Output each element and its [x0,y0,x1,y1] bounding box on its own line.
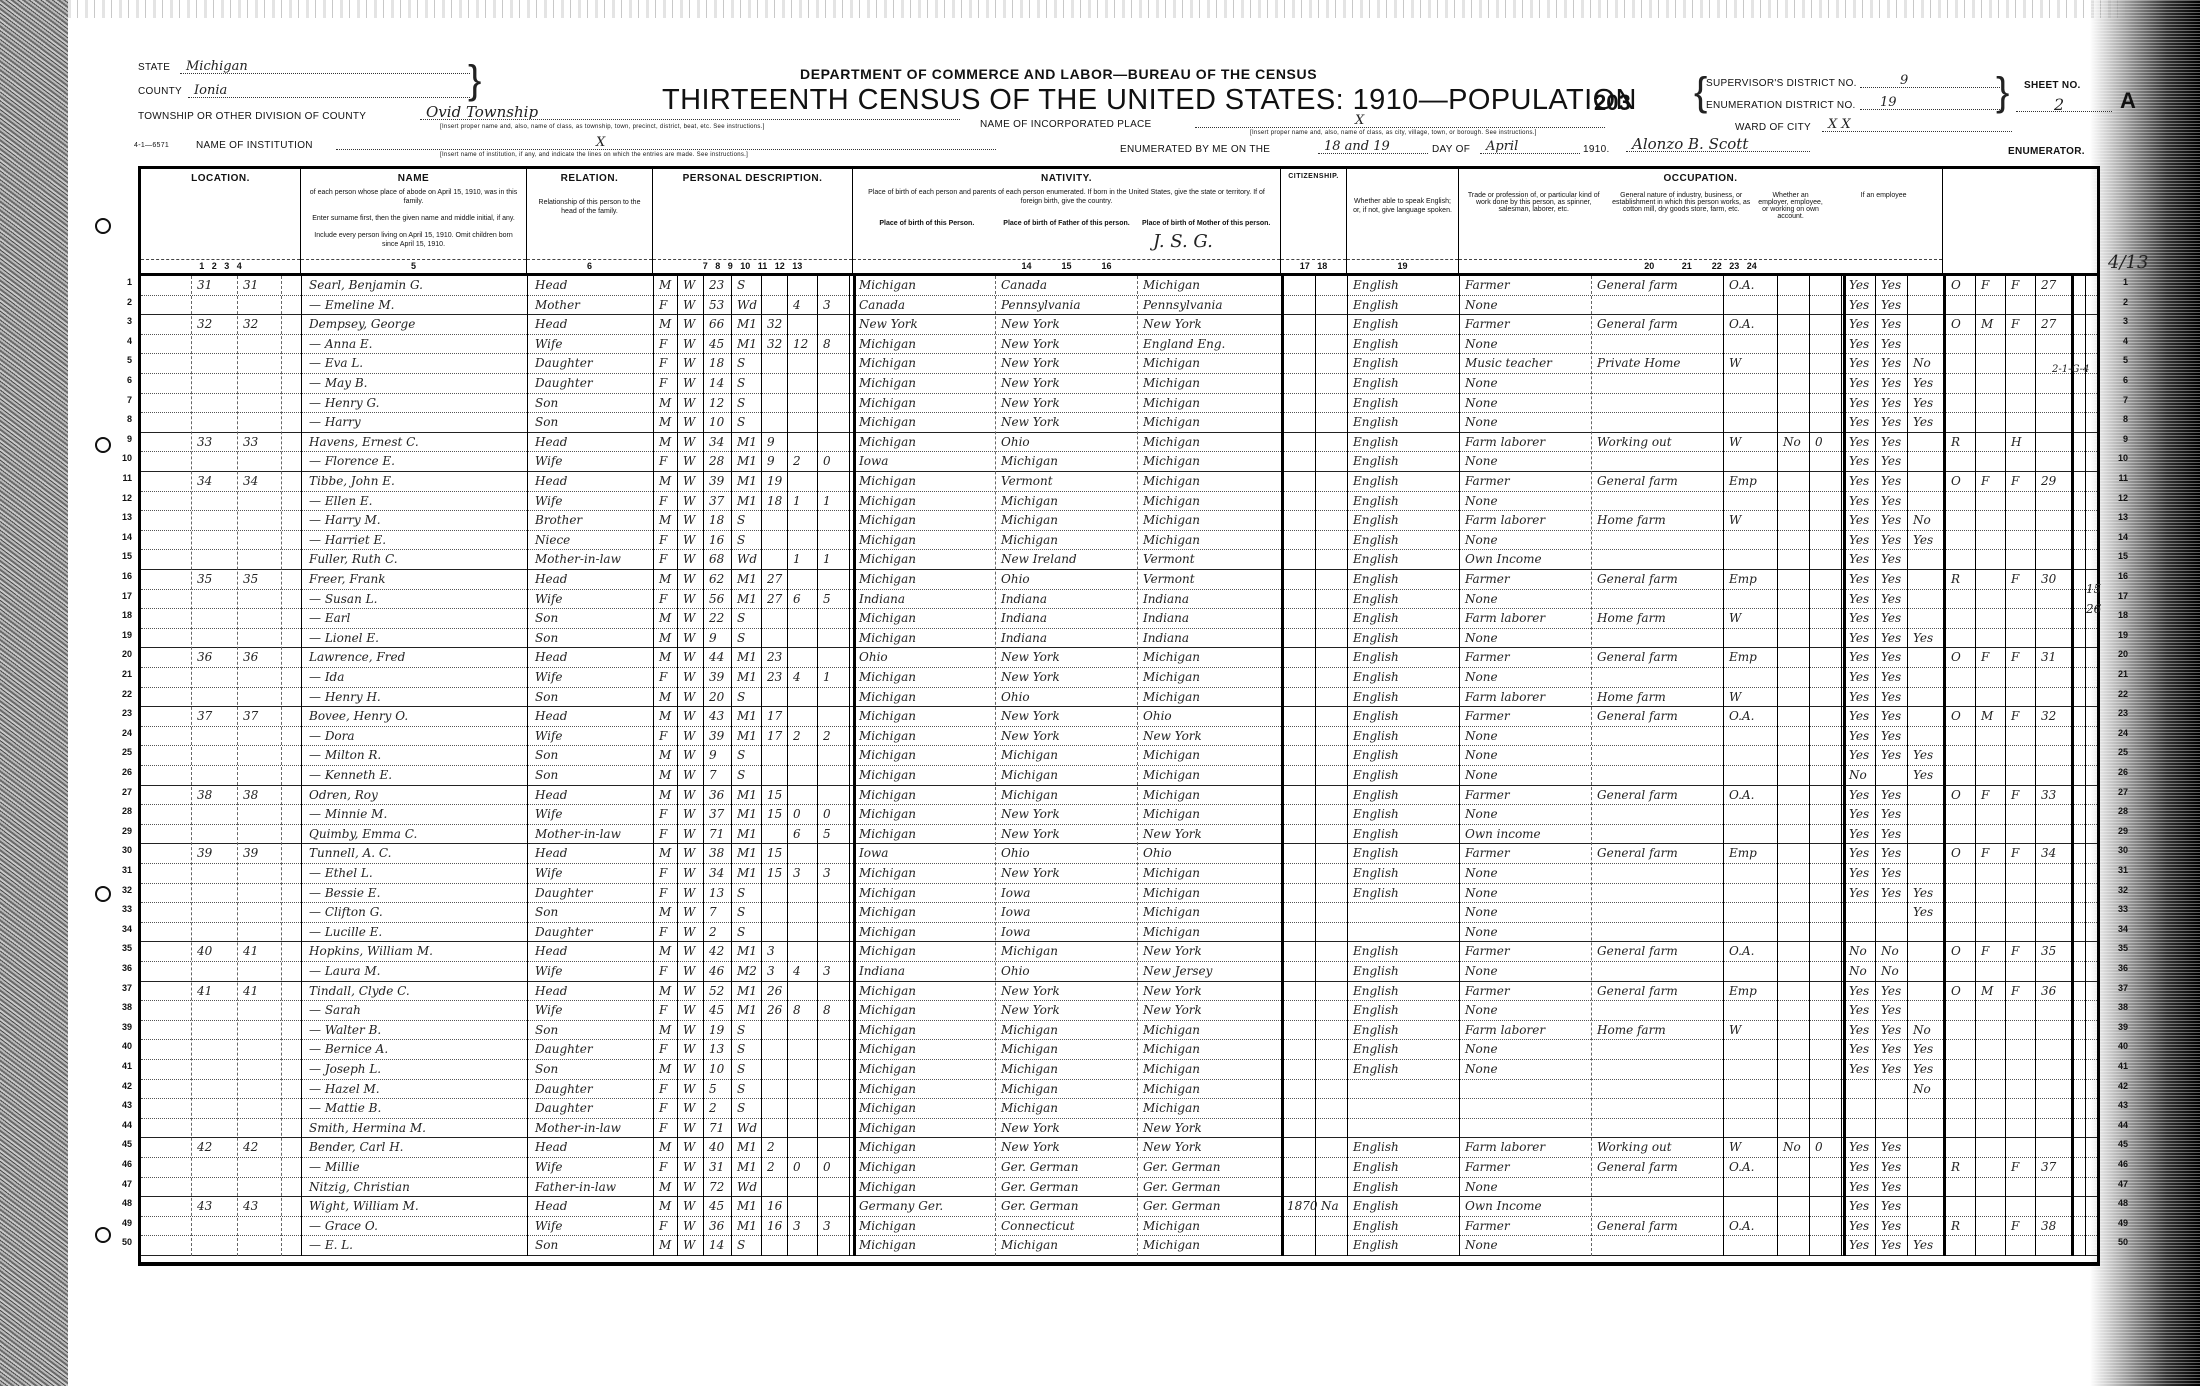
cell-weeks [1811,1158,1841,1177]
cell-school: Yes [1909,413,1941,432]
line-number: 19 [2104,630,2128,640]
cell-free [1977,962,2007,981]
cell-born [789,609,819,628]
cell-years [763,1119,789,1138]
cell-weeks [1811,1001,1841,1020]
cell-living [819,433,849,452]
cell-immig [1283,1080,1317,1099]
cell-trade: Farm laborer [1461,1138,1591,1157]
cell-father: New York [997,1138,1137,1157]
cell-living [819,903,849,922]
enumeration-district-value: 19 [1860,96,2000,110]
table-row: 3737Bovee, Henry O.HeadMW43M117MichiganN… [141,707,2097,727]
cell-weeks [1811,276,1841,295]
cell-dwelling [193,1099,233,1118]
cell-marital: M1 [733,825,763,844]
cell-living [819,472,849,491]
cell-industry: General farm [1593,276,1723,295]
cell-out [1779,296,1811,315]
table-row: — Eva L.DaughterFW18SMichiganNew YorkMic… [141,354,2097,374]
sheet-value: 2 [2016,98,2112,112]
sheet-label: Sheet No. [2024,80,2081,91]
cell-family [239,668,279,687]
cell-lang: English [1349,335,1459,354]
cell-weeks [1811,1178,1841,1197]
cell-dwelling [193,609,233,628]
cell-born [789,648,819,667]
cell-born [789,923,819,942]
cell-dwelling [193,374,233,393]
table-row: — Clifton G.SonMW7SMichiganIowaMichiganN… [141,903,2097,923]
cell-born [789,844,819,863]
cell-free [1977,903,2007,922]
cell-emp [1725,550,1777,569]
cell-nat [1317,1119,1347,1138]
cell-nat [1317,942,1347,961]
line-number: 16 [108,571,132,581]
cell-farm: F [2007,315,2037,334]
cell-years [763,825,789,844]
cell-relation: Head [531,707,651,726]
cell-race: W [679,844,705,863]
cell-sex: F [655,1217,679,1236]
line-number: 15 [2104,551,2128,561]
cell-immig [1283,413,1317,432]
page-title: THIRTEENTH CENSUS OF THE UNITED STATES: … [662,84,1637,117]
cell-mother: Indiana [1139,629,1279,648]
cell-school: Yes [1909,884,1941,903]
table-row: — Florence E.WifeFW28M1920IowaMichiganMi… [141,452,2097,472]
cell-own [1947,1060,1977,1079]
cell-own [1947,629,1977,648]
enumerator-label: Enumerator. [2008,146,2085,157]
cell-birth: Michigan [855,1060,995,1079]
cell-emp [1725,864,1777,883]
cell-marital: M1 [733,335,763,354]
cell-farm [2007,296,2037,315]
cell-age: 7 [705,766,733,785]
cell-weeks [1811,982,1841,1001]
cell-weeks [1811,413,1841,432]
cell-mother: New York [1139,315,1279,334]
cell-dwelling [193,550,233,569]
supervisor-value: 9 [1860,74,2000,88]
cell-sex: F [655,335,679,354]
cell-weeks [1811,570,1841,589]
cell-born: 1 [789,492,819,511]
ward-value: X X [1822,118,2012,132]
cell-immig: 1870 [1283,1197,1317,1216]
line-number: 27 [108,787,132,797]
cell-sched [2037,550,2071,569]
cell-lang: English [1349,1178,1459,1197]
cell-nat [1317,1138,1347,1157]
cell-dwelling [193,1060,233,1079]
line-number: 44 [2104,1120,2128,1130]
line-number: 28 [108,806,132,816]
cell-relation: Wife [531,335,651,354]
cell-write: Yes [1877,884,1909,903]
cell-school [1909,825,1941,844]
cell-free: F [1977,276,2007,295]
cell-lang: English [1349,413,1459,432]
cell-weeks [1811,903,1841,922]
cell-weeks [1811,668,1841,687]
cell-born [789,433,819,452]
cell-sched [2037,962,2071,981]
cell-father: Indiana [997,629,1137,648]
incorporated-value: X [1195,114,1605,128]
cell-emp: W [1725,609,1777,628]
cell-sched [2037,1178,2071,1197]
cell-marital: M1 [733,668,763,687]
cell-family [239,492,279,511]
cell-write: Yes [1877,707,1909,726]
cell-mother: Michigan [1139,923,1279,942]
cell-farm [2007,1099,2037,1118]
cell-immig [1283,374,1317,393]
cell-trade: Farmer [1461,315,1591,334]
cell-read [1845,903,1877,922]
cell-living [819,315,849,334]
cell-name: — E. L. [305,1236,525,1255]
table-row: 3535Freer, FrankHeadMW62M127MichiganOhio… [141,570,2097,590]
cell-write: No [1877,942,1909,961]
cell-birth: Michigan [855,884,995,903]
cell-own [1947,1001,1977,1020]
cell-living [819,1138,849,1157]
cell-industry: Working out [1593,433,1723,452]
cell-out [1779,1158,1811,1177]
cell-marital: M1 [733,492,763,511]
cell-sex: M [655,746,679,765]
cell-school [1909,1119,1941,1138]
cell-trade: Farm laborer [1461,511,1591,530]
cell-name: Freer, Frank [305,570,525,589]
line-number: 29 [2104,826,2128,836]
line-number: 28 [2104,806,2128,816]
cell-read: Yes [1845,394,1877,413]
cell-write [1877,903,1909,922]
cell-free [1977,550,2007,569]
table-row: Nitzig, ChristianFather-in-lawMW72WdMich… [141,1178,2097,1198]
cell-own [1947,413,1977,432]
cell-farm [2007,1119,2037,1138]
cell-industry: General farm [1593,648,1723,667]
cell-family [239,394,279,413]
column-divider [2035,276,2036,1256]
cell-family: 35 [239,570,279,589]
cell-years: 17 [763,727,789,746]
brace-icon: } [468,60,481,100]
cell-read: Yes [1845,805,1877,824]
cell-emp: O.A. [1725,315,1777,334]
cell-read [1845,923,1877,942]
cell-age: 37 [705,805,733,824]
cell-birth: Michigan [855,786,995,805]
cell-nat [1317,923,1347,942]
cell-race: W [679,1138,705,1157]
cell-immig [1283,1021,1317,1040]
cell-emp [1725,766,1777,785]
cell-free [1977,433,2007,452]
cell-race: W [679,354,705,373]
cell-out [1779,1021,1811,1040]
cell-father: Michigan [997,786,1137,805]
cell-mother: Ger. German [1139,1158,1279,1177]
line-number: 8 [108,414,132,424]
cell-farm [2007,1080,2037,1099]
cell-living: 1 [819,492,849,511]
cell-marital: S [733,609,763,628]
cell-emp: W [1725,433,1777,452]
cell-own: O [1947,786,1977,805]
cell-out [1779,1236,1811,1255]
cell-birth: Michigan [855,1080,995,1099]
cell-immig [1283,511,1317,530]
cell-school [1909,982,1941,1001]
cell-immig [1283,1217,1317,1236]
cell-out [1779,1217,1811,1236]
cell-weeks [1811,688,1841,707]
cell-born: 4 [789,296,819,315]
cell-dwelling: 42 [193,1138,233,1157]
cell-school [1909,923,1941,942]
line-number: 26 [2104,767,2128,777]
cell-emp [1725,884,1777,903]
cell-free [1977,492,2007,511]
cell-years [763,511,789,530]
cell-read: Yes [1845,825,1877,844]
cell-marital: Wd [733,550,763,569]
cell-own [1947,825,1977,844]
cell-race: W [679,727,705,746]
cell-birth: Michigan [855,707,995,726]
cell-farm: F [2007,648,2037,667]
cell-living [819,1060,849,1079]
cell-age: 19 [705,1021,733,1040]
table-row: 3232Dempsey, GeorgeHeadMW66M132New YorkN… [141,315,2097,335]
cell-industry: General farm [1593,570,1723,589]
cell-weeks [1811,727,1841,746]
cell-free [1977,452,2007,471]
cell-relation: Mother-in-law [531,825,651,844]
cell-write: Yes [1877,354,1909,373]
cell-father: New York [997,727,1137,746]
day-of-label: day of [1432,144,1470,155]
cell-father: New York [997,805,1137,824]
line-number: 30 [108,845,132,855]
cell-years: 27 [763,590,789,609]
cell-relation: Wife [531,1217,651,1236]
line-number: 36 [108,963,132,973]
cell-born [789,1099,819,1118]
cell-family: 41 [239,942,279,961]
cell-write [1877,1080,1909,1099]
cell-race: W [679,1040,705,1059]
cell-school: No [1909,1080,1941,1099]
line-number: 24 [108,728,132,738]
line-number: 47 [108,1179,132,1189]
cell-farm: F [2007,982,2037,1001]
line-number: 34 [108,924,132,934]
cell-sex: F [655,1040,679,1059]
cell-farm: F [2007,1158,2037,1177]
cell-nat [1317,296,1347,315]
cell-age: 18 [705,354,733,373]
cell-mother: Ger. German [1139,1197,1279,1216]
cell-write: Yes [1877,531,1909,550]
cell-sched: 31 [2037,648,2071,667]
column-divider [1809,276,1810,1256]
cell-birth: Michigan [855,1001,995,1020]
cell-out: No [1779,433,1811,452]
cell-own [1947,962,1977,981]
cell-living [819,276,849,295]
cell-birth: Michigan [855,746,995,765]
cell-dwelling [193,864,233,883]
cell-lang: English [1349,727,1459,746]
cell-sex: F [655,884,679,903]
cell-emp: O.A. [1725,786,1777,805]
cell-write: Yes [1877,511,1909,530]
cell-farm [2007,413,2037,432]
cell-marital: S [733,1060,763,1079]
institution-value: X [336,136,996,150]
cell-birth: Michigan [855,570,995,589]
cell-trade: Farmer [1461,707,1591,726]
cell-write: Yes [1877,786,1909,805]
column-divider [1943,276,1946,1256]
cell-out [1779,276,1811,295]
cell-relation: Head [531,570,651,589]
line-number: 12 [108,493,132,503]
table-row: — May B.DaughterFW14SMichiganNew YorkMic… [141,374,2097,394]
cell-relation: Son [531,903,651,922]
cell-industry: General farm [1593,982,1723,1001]
cell-living [819,688,849,707]
cell-weeks [1811,844,1841,863]
cell-sched [2037,668,2071,687]
cell-sex: M [655,433,679,452]
cell-family: 43 [239,1197,279,1216]
cell-farm: F [2007,707,2037,726]
cell-sex: M [655,1060,679,1079]
cell-own [1947,394,1977,413]
cell-school [1909,296,1941,315]
table-row: 3939Tunnell, A. C.HeadMW38M115IowaOhioOh… [141,844,2097,864]
cell-relation: Wife [531,590,651,609]
table-row: — E. L.SonMW14SMichiganMichiganMichiganE… [141,1236,2097,1256]
cell-trade: None [1461,590,1591,609]
line-number: 42 [108,1081,132,1091]
line-number: 42 [2104,1081,2128,1091]
cell-sex: F [655,805,679,824]
cell-mother: Michigan [1139,276,1279,295]
cell-family: 37 [239,707,279,726]
cell-lang: English [1349,315,1459,334]
cell-read: Yes [1845,609,1877,628]
cell-trade: None [1461,492,1591,511]
line-number: 20 [2104,649,2128,659]
cell-weeks [1811,1197,1841,1216]
cell-school: Yes [1909,531,1941,550]
cell-nat [1317,1236,1347,1255]
cell-nat [1317,511,1347,530]
cell-industry: Home farm [1593,609,1723,628]
cell-age: 14 [705,374,733,393]
cell-mother: Michigan [1139,433,1279,452]
cell-school: Yes [1909,903,1941,922]
cell-school [1909,492,1941,511]
table-row: — EarlSonMW22SMichiganIndianaIndianaEngl… [141,609,2097,629]
table-row: — Minnie M.WifeFW37M11500MichiganNew Yor… [141,805,2097,825]
cell-lang: English [1349,433,1459,452]
cell-living: 8 [819,1001,849,1020]
cell-name: Smith, Hermina M. [305,1119,525,1138]
cell-marital: M1 [733,942,763,961]
cell-industry [1593,590,1723,609]
cell-free [1977,335,2007,354]
incorporated-hint: [Insert proper name and, also, name of c… [1250,130,1537,136]
table-row: 4141Tindall, Clyde C.HeadMW52M126Michiga… [141,982,2097,1002]
cell-sex: F [655,1099,679,1118]
cell-relation: Son [531,746,651,765]
cell-free: F [1977,786,2007,805]
cell-age: 39 [705,472,733,491]
cell-lang [1349,1080,1459,1099]
cell-born [789,394,819,413]
cell-school [1909,315,1941,334]
cell-school: No [1909,511,1941,530]
cell-school [1909,590,1941,609]
cell-out [1779,335,1811,354]
cell-emp: O.A. [1725,942,1777,961]
cell-father: New York [997,707,1137,726]
cell-own: O [1947,982,1977,1001]
cell-father: Michigan [997,492,1137,511]
cell-own [1947,590,1977,609]
cell-sched: 27 [2037,315,2071,334]
line-number: 6 [108,375,132,385]
cell-school [1909,1158,1941,1177]
cell-trade: None [1461,805,1591,824]
cell-nat [1317,825,1347,844]
cell-lang: English [1349,276,1459,295]
cell-write: Yes [1877,1138,1909,1157]
cell-relation: Head [531,648,651,667]
cell-write: Yes [1877,825,1909,844]
cell-industry [1593,1060,1723,1079]
cell-living [819,609,849,628]
cell-mother: New York [1139,825,1279,844]
cell-read: Yes [1845,1001,1877,1020]
cell-read: Yes [1845,492,1877,511]
cell-marital: S [733,276,763,295]
table-row: Fuller, Ruth C.Mother-in-lawFW68Wd11Mich… [141,550,2097,570]
cell-trade: None [1461,746,1591,765]
cell-industry [1593,374,1723,393]
cell-read [1845,1099,1877,1118]
cell-marital: M1 [733,1158,763,1177]
cell-birth: Michigan [855,335,995,354]
column-divider [761,276,762,1256]
cell-nat [1317,452,1347,471]
cell-own: O [1947,844,1977,863]
cell-father: Ohio [997,433,1137,452]
cell-nat [1317,335,1347,354]
cell-name: — Sarah [305,1001,525,1020]
